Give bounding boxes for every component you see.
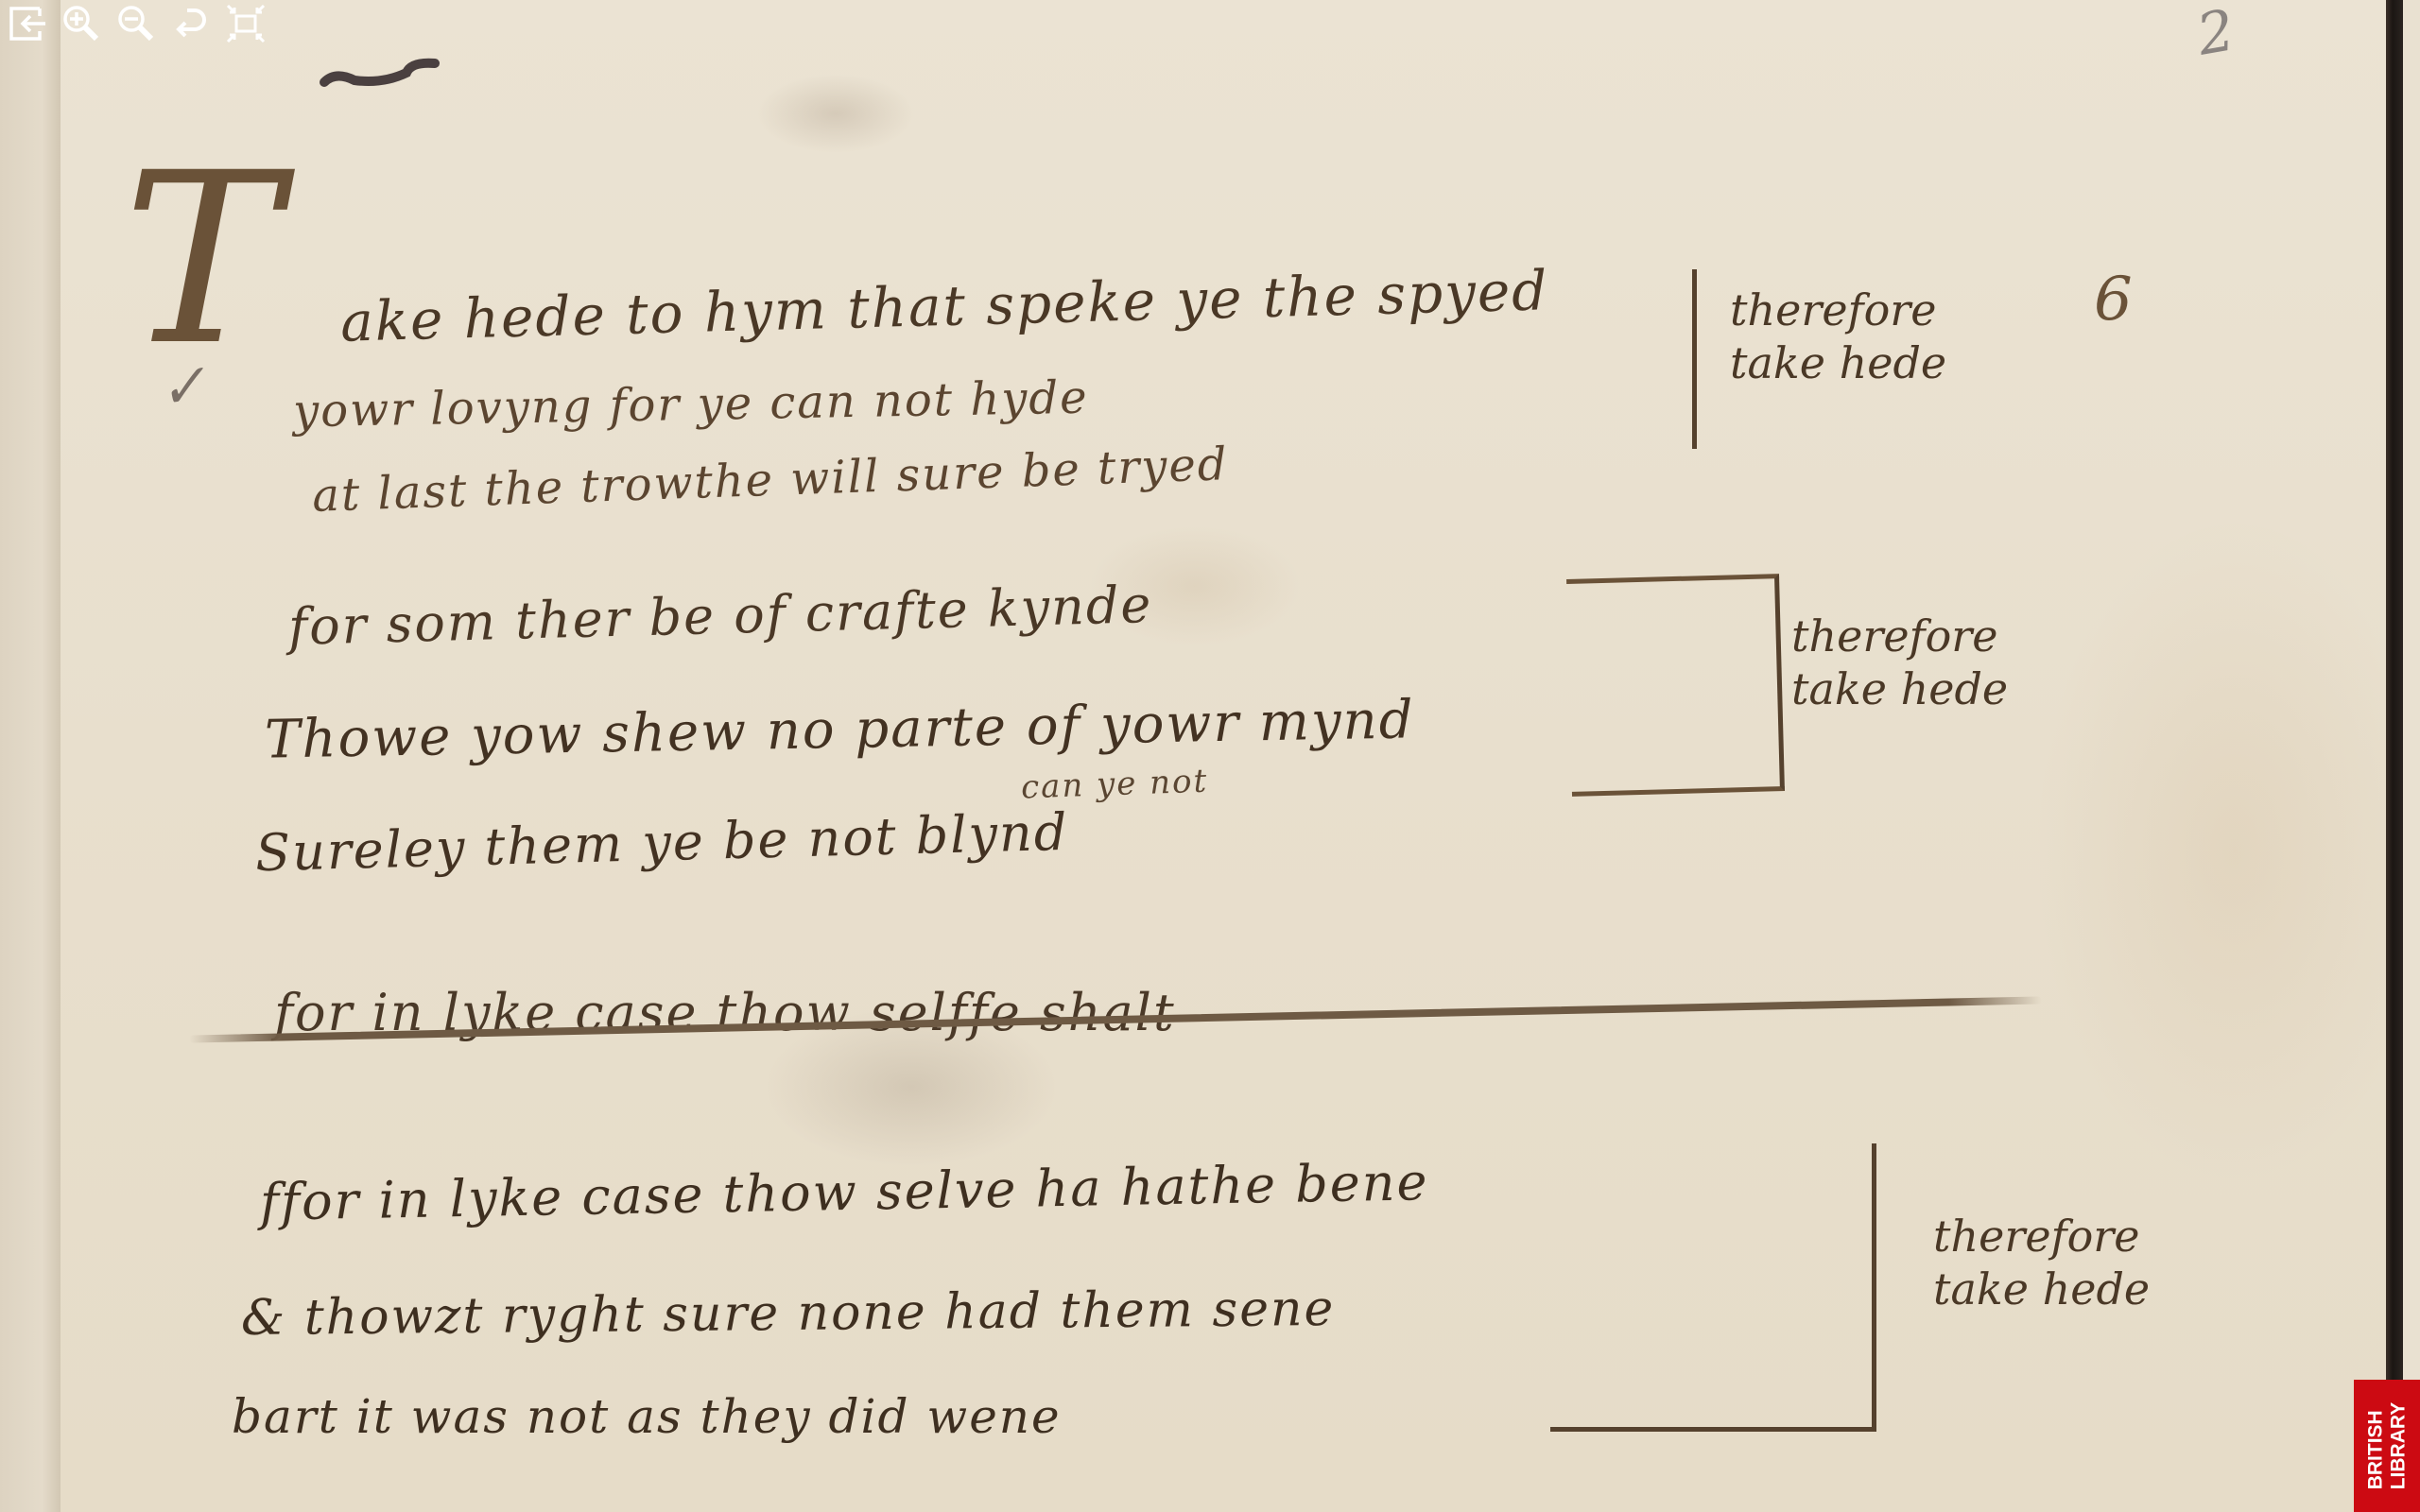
fit-to-screen-button[interactable] [221, 1, 270, 46]
zoom-out-icon [115, 3, 157, 44]
bracket-1 [1692, 269, 1697, 449]
margin-note-1: therefore take hede [1730, 283, 1946, 389]
zoom-out-button[interactable] [112, 1, 161, 46]
rotate-button[interactable] [166, 1, 216, 46]
margin-mark-left: ✓ [154, 352, 211, 423]
interlinear-insert: can ye not [1020, 763, 1208, 807]
margin-note-3: therefore take hede [1933, 1210, 2150, 1315]
zoom-in-button[interactable] [57, 1, 106, 46]
page-edge [2386, 0, 2403, 1512]
margin-number-mark: 6 [2094, 265, 2133, 335]
exit-fullscreen-icon [6, 3, 47, 44]
viewer-toolbar [0, 0, 270, 47]
fit-to-screen-icon [225, 3, 267, 44]
bracket-3 [1550, 1143, 1876, 1432]
ink-mark [317, 52, 449, 90]
zoom-in-icon [60, 3, 102, 44]
logo-line-british: BRITISH [2364, 1402, 2387, 1490]
british-library-logo[interactable]: BRITISH LIBRARY [2354, 1380, 2420, 1512]
rotate-icon [170, 3, 212, 44]
text-line-10: bart it was not as they did wene [232, 1389, 1062, 1444]
binding-gutter [0, 0, 60, 1512]
decorated-initial: T [123, 142, 281, 378]
image-viewer[interactable]: 2 T ✓ ake hede to hym that speke ye the … [0, 0, 2420, 1512]
logo-line-library: LIBRARY [2387, 1402, 2410, 1490]
margin-note-2: therefore take hede [1791, 610, 2008, 715]
exit-button[interactable] [2, 1, 51, 46]
text-line-9: & thowzt ryght sure none had them sene [241, 1280, 1336, 1347]
bracket-2 [1566, 574, 1785, 797]
